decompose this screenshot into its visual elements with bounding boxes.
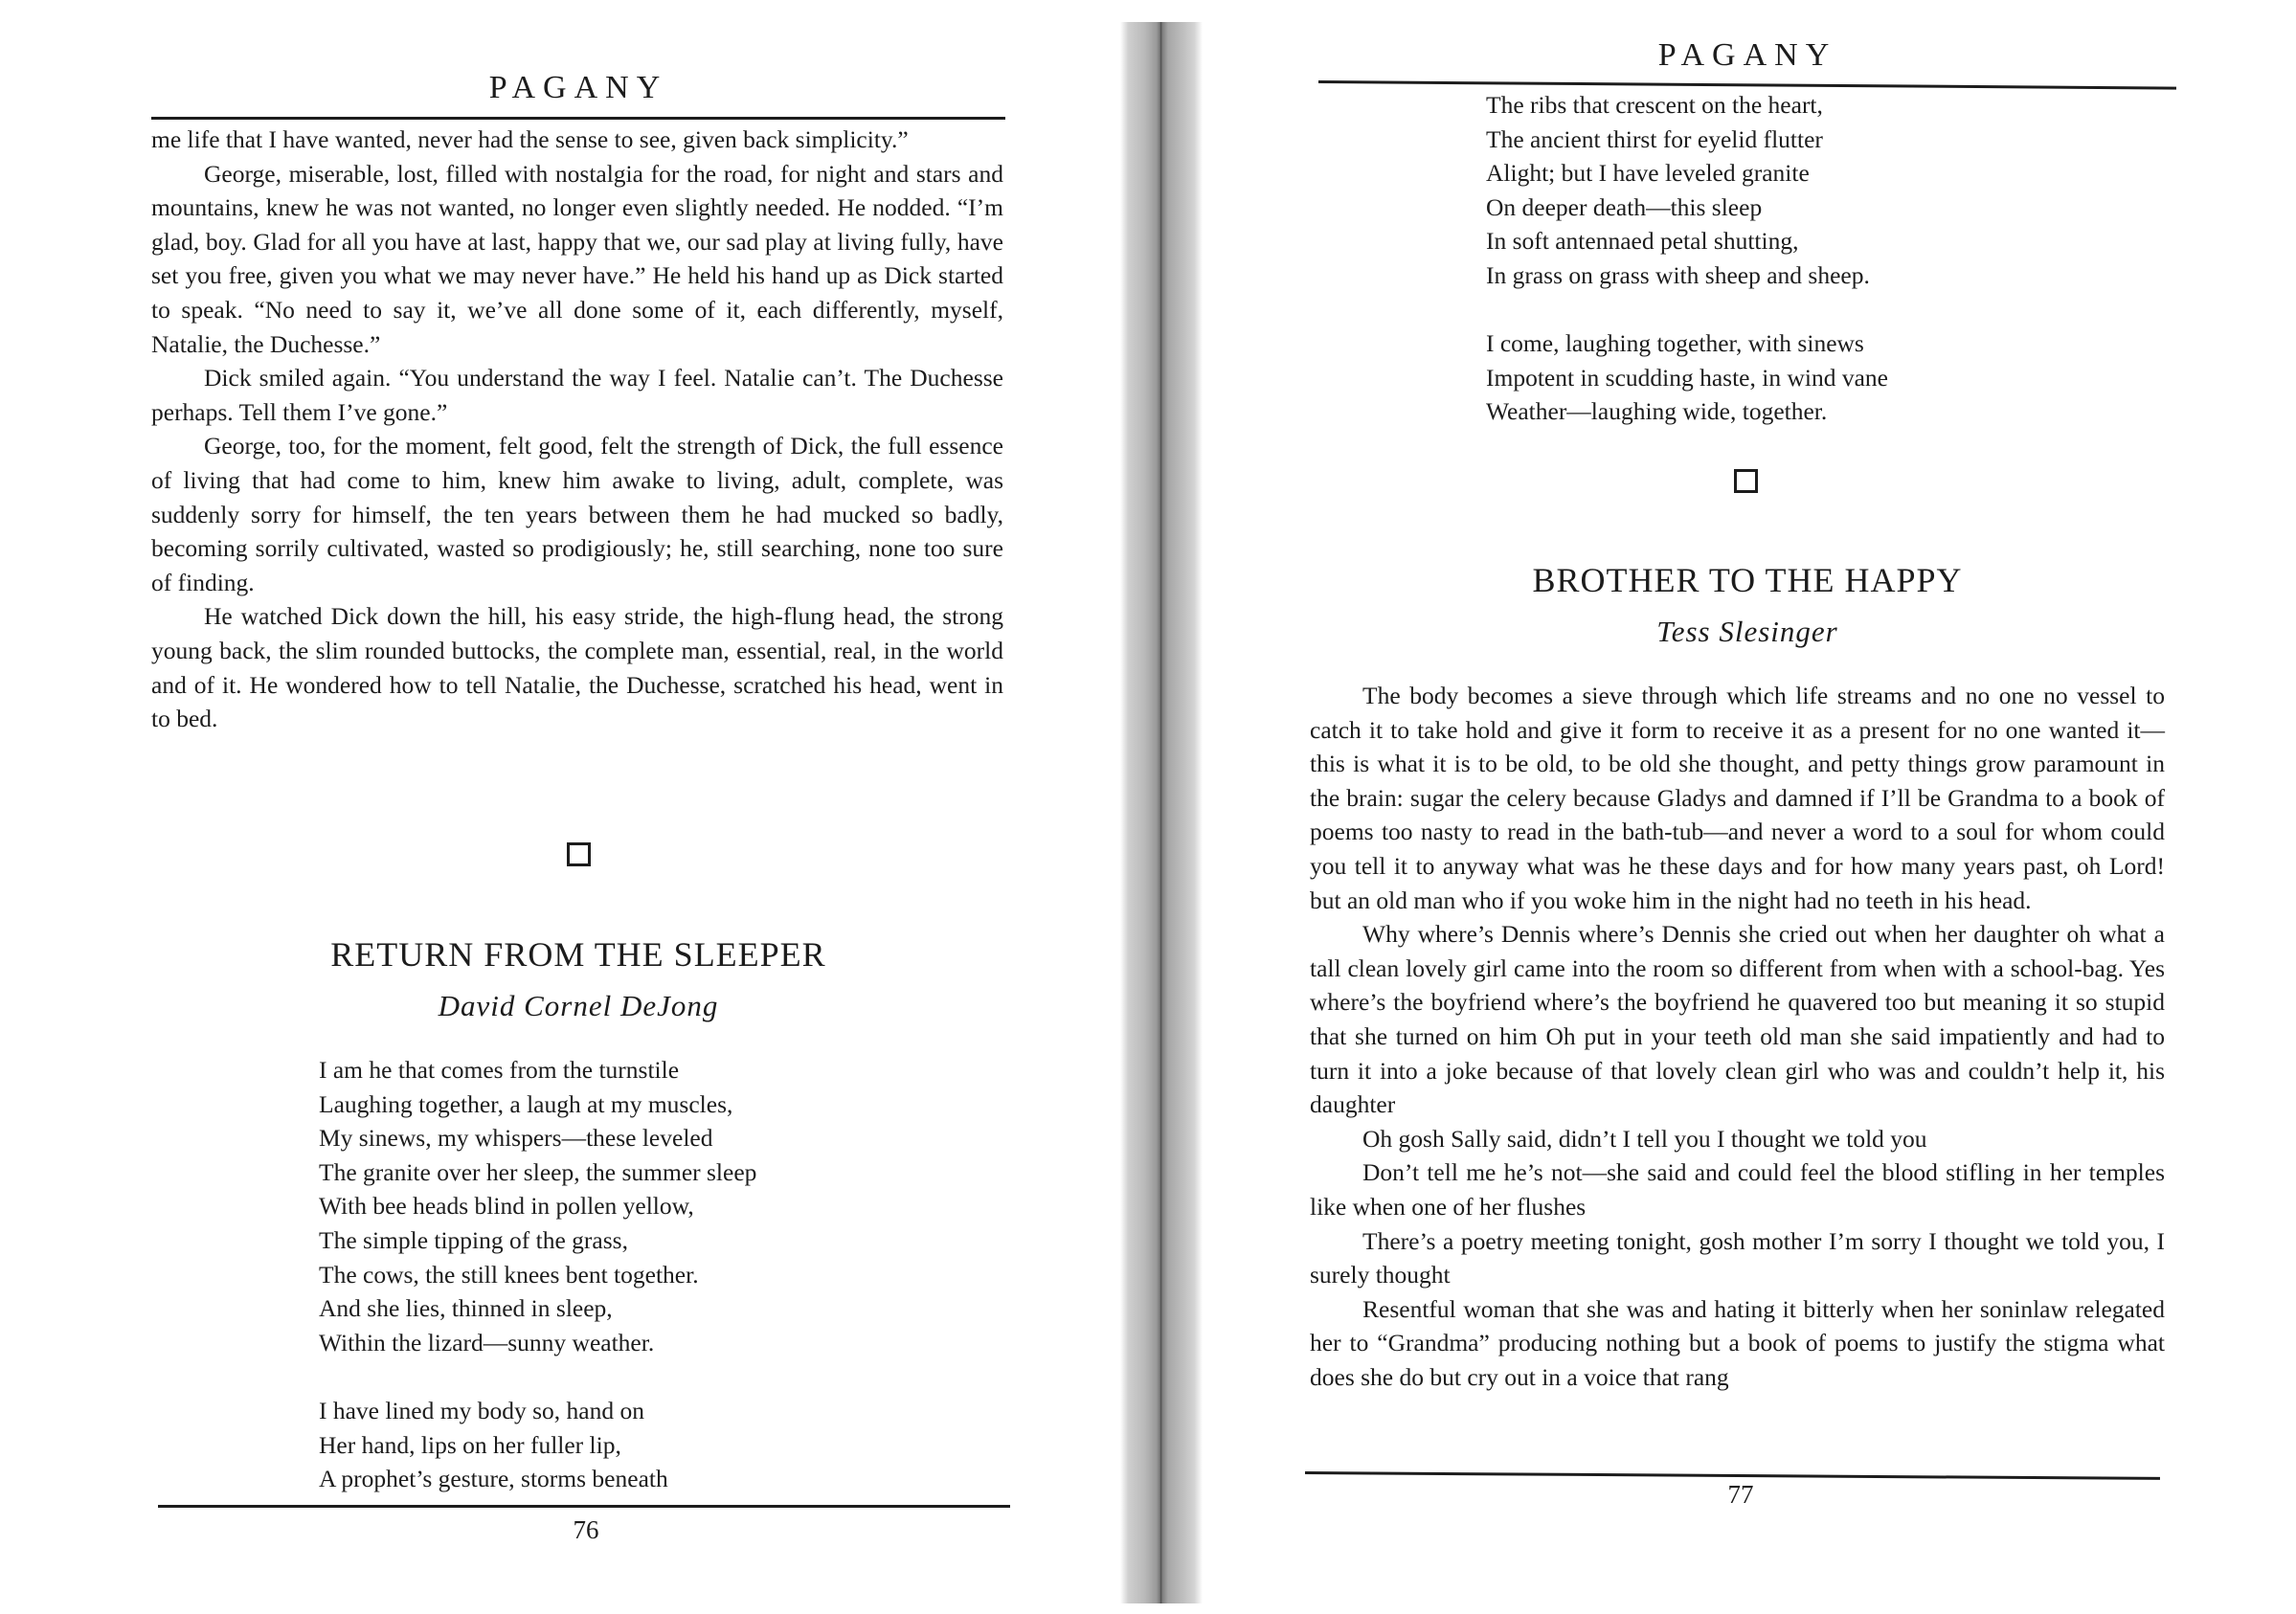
- poem-line: With bee heads blind in pollen yellow,: [319, 1189, 756, 1223]
- paragraph: Resentful woman that she was and hating …: [1310, 1292, 2165, 1395]
- poem-line: In soft antennaed petal shutting,: [1486, 224, 1888, 258]
- poem-line: The simple tipping of the grass,: [319, 1223, 756, 1258]
- poem-stanza: I am he that comes from the turnstile La…: [319, 1053, 756, 1359]
- poem-line: The ancient thirst for eyelid flutter: [1486, 123, 1888, 157]
- paragraph: George, too, for the moment, felt good, …: [151, 429, 1003, 599]
- right-page: PAGANY The ribs that crescent on the hea…: [1202, 0, 2296, 1614]
- book-spine-gutter: [1120, 22, 1203, 1603]
- poem-line: The granite over her sleep, the summer s…: [319, 1155, 756, 1190]
- poem-line: The cows, the still knees bent together.: [319, 1258, 756, 1292]
- poem-line: And she lies, thinned in sleep,: [319, 1291, 756, 1326]
- story-text: The body becomes a sieve through which l…: [1310, 679, 2165, 1394]
- page-number: 76: [538, 1514, 634, 1545]
- paragraph: George, miserable, lost, filled with nos…: [151, 157, 1003, 362]
- poem-line: On deeper death—this sleep: [1486, 191, 1888, 225]
- running-head: PAGANY: [151, 69, 1005, 107]
- story-title: RETURN FROM THE SLEEPER: [151, 933, 1005, 975]
- poem-line: Alight; but I have leveled granite: [1486, 156, 1888, 191]
- poem: I am he that comes from the turnstile La…: [319, 1053, 756, 1496]
- poem-stanza: The ribs that crescent on the heart, The…: [1486, 88, 1888, 293]
- poem-line: Weather—laughing wide, together.: [1486, 394, 1888, 429]
- paragraph: Oh gosh Sally said, didn’t I tell you I …: [1310, 1122, 2165, 1156]
- footer-rule: [158, 1505, 1010, 1508]
- paragraph: Don’t tell me he’s not—she said and coul…: [1310, 1155, 2165, 1223]
- poem-continuation: The ribs that crescent on the heart, The…: [1486, 88, 1888, 429]
- story-author: Tess Slesinger: [1318, 613, 2176, 651]
- paragraph: Dick smiled again. “You understand the w…: [151, 361, 1003, 429]
- section-separator-box: [567, 842, 591, 866]
- story-title: BROTHER TO THE HAPPY: [1318, 559, 2176, 601]
- poem-stanza: I come, laughing together, with sinews I…: [1486, 326, 1888, 429]
- poem-line: Her hand, lips on her fuller lip,: [319, 1428, 756, 1463]
- header-rule: [151, 117, 1005, 120]
- poem-line: I am he that comes from the turnstile: [319, 1053, 756, 1087]
- left-page: PAGANY me life that I have wanted, never…: [0, 0, 1120, 1614]
- poem-line: Within the lizard—sunny weather.: [319, 1326, 756, 1360]
- paragraph: There’s a poetry meeting tonight, gosh m…: [1310, 1224, 2165, 1292]
- page-number: 77: [1693, 1479, 1789, 1510]
- poem-line: Impotent in scudding haste, in wind vane: [1486, 361, 1888, 395]
- paragraph: me life that I have wanted, never had th…: [151, 123, 1003, 157]
- section-separator-box: [1734, 469, 1758, 493]
- poem-line: I come, laughing together, with sinews: [1486, 326, 1888, 361]
- poem-line: The ribs that crescent on the heart,: [1486, 88, 1888, 123]
- poem-line: In grass on grass with sheep and sheep.: [1486, 258, 1888, 293]
- running-head: PAGANY: [1318, 36, 2176, 75]
- poem-line: Laughing together, a laugh at my muscles…: [319, 1087, 756, 1122]
- paragraph: Why where’s Dennis where’s Dennis she cr…: [1310, 917, 2165, 1122]
- poem-line: A prophet’s gesture, storms beneath: [319, 1462, 756, 1496]
- story-continuation-text: me life that I have wanted, never had th…: [151, 123, 1003, 736]
- paragraph: The body becomes a sieve through which l…: [1310, 679, 2165, 917]
- paragraph: He watched Dick down the hill, his easy …: [151, 599, 1003, 735]
- poem-line: I have lined my body so, hand on: [319, 1394, 756, 1428]
- story-author: David Cornel DeJong: [151, 987, 1005, 1025]
- poem-stanza: I have lined my body so, hand on Her han…: [319, 1394, 756, 1496]
- poem-line: My sinews, my whispers—these leveled: [319, 1121, 756, 1155]
